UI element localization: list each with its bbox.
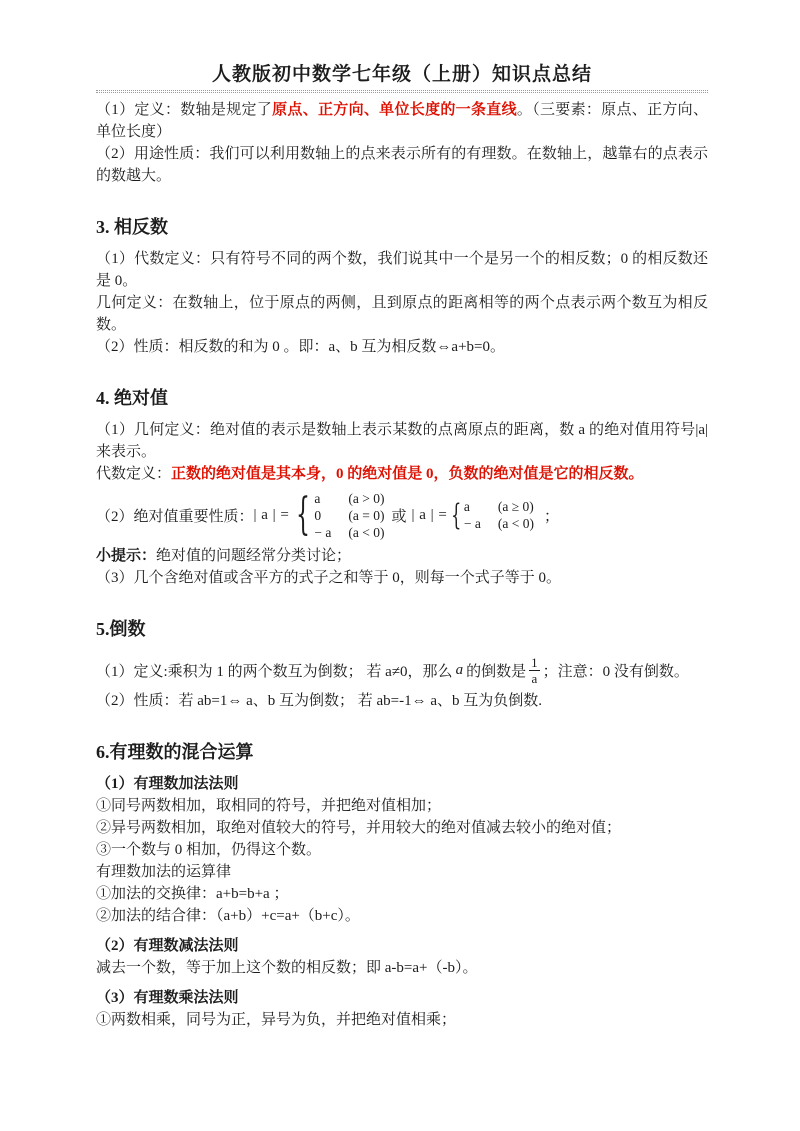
- section-heading-absolute-value: 4. 绝对值: [96, 386, 708, 410]
- list-item-associative-law: ②加法的结合律：（a+b）+c=a+（b+c）。: [96, 905, 708, 927]
- section-heading-opposite-numbers: 3. 相反数: [96, 215, 708, 239]
- document-page: 人教版初中数学七年级（上册）知识点总结 （1）定义：数轴是规定了原点、正方向、单…: [0, 0, 800, 1131]
- text-run: 代数定义：: [96, 466, 171, 482]
- list-item-commutative-law: ①加法的交换律：a+b=b+a ；: [96, 883, 708, 905]
- text-run: 或: [392, 505, 407, 526]
- paragraph-reciprocal-property: （2）性质：若 ab=1⇔ a、b 互为倒数； 若 ab=-1⇔ a、b 互为负…: [96, 690, 708, 712]
- fraction-numerator: 1: [529, 655, 540, 671]
- text-run: ；: [544, 505, 559, 526]
- piecewise-cases-three: a(a > 0) 0(a = 0) − a(a < 0): [314, 490, 384, 541]
- case-row: − a(a < 0): [314, 524, 384, 541]
- case-row: a(a ≥ 0): [464, 498, 534, 515]
- paragraph-opposite-geometry-def: 几何定义：在数轴上，位于原点的两侧，且到原点的距离相等的两个点表示两个数互为相反…: [96, 292, 708, 336]
- piecewise-cases-two: a(a ≥ 0) − a(a < 0): [464, 498, 534, 532]
- paragraph-opposite-property: （2）性质：相反数的和为 0 。即：a、b 互为相反数⇔a+b=0。: [96, 336, 708, 358]
- case-value: a: [314, 490, 348, 507]
- paragraph-abs-tip: 小提示：绝对值的问题经常分类讨论；: [96, 545, 708, 567]
- case-value: − a: [464, 515, 498, 532]
- list-item-addition-2: ②异号两数相加，取绝对值较大的符号，并用较大的绝对值减去较小的绝对值；: [96, 817, 708, 839]
- paragraph-numberline-property: （2）用途性质：我们可以利用数轴上的点来表示所有的有理数。在数轴上，越靠右的点表…: [96, 143, 708, 187]
- text-run: 的倒数是: [466, 660, 526, 681]
- subheading-subtraction-rule: （2）有理数减法法则: [96, 935, 708, 957]
- section-heading-reciprocal: 5.倒数: [96, 617, 708, 641]
- case-row: a(a > 0): [314, 490, 384, 507]
- abs-value-piecewise-formula: （2）绝对值重要性质： | a | = { a(a > 0) 0(a = 0) …: [96, 486, 708, 544]
- list-item-addition-1: ①同号两数相加，取相同的符号，并把绝对值相加；: [96, 795, 708, 817]
- case-condition: (a = 0): [348, 507, 384, 524]
- case-condition: (a < 0): [498, 515, 534, 532]
- fraction-denominator: a: [531, 671, 537, 686]
- paragraph-abs-algebra-def: 代数定义：正数的绝对值是其本身，0 的绝对值是 0，负数的绝对值是它的相反数。: [96, 463, 708, 485]
- case-condition: (a > 0): [348, 490, 384, 507]
- page-title: 人教版初中数学七年级（上册）知识点总结: [96, 62, 708, 88]
- subheading-multiplication-rule: （3）有理数乘法法则: [96, 987, 708, 1009]
- paragraph-reciprocal-definition: （1）定义:乘积为 1 的两个数互为倒数； 若 a≠0，那么 a 的倒数是 1 …: [96, 650, 708, 690]
- paragraph-multiplication-rule: ①两数相乘，同号为正，异号为负，并把绝对值相乘；: [96, 1009, 708, 1031]
- math-lhs: | a | =: [254, 507, 290, 524]
- case-row: 0(a = 0): [314, 507, 384, 524]
- case-value: 0: [314, 507, 348, 524]
- text-run: （1）定义:乘积为 1 的两个数互为倒数； 若 a≠0，那么: [96, 660, 453, 681]
- paragraph-addition-laws-title: 有理数加法的运算律: [96, 861, 708, 883]
- text-run-red: 原点、正方向、单位长度的一条直线: [272, 102, 517, 118]
- text-run-red: 正数的绝对值是其本身，0 的绝对值是 0，负数的绝对值是它的相反数。: [171, 466, 644, 482]
- text-run: （2）绝对值重要性质：: [96, 505, 254, 526]
- math-variable-a: a: [456, 662, 464, 679]
- title-divider: [96, 90, 708, 93]
- section-heading-mixed-operations: 6.有理数的混合运算: [96, 740, 708, 764]
- text-run-bold: 小提示：: [96, 548, 156, 564]
- paragraph-opposite-algebra-def: （1）代数定义：只有符号不同的两个数，我们说其中一个是另一个的相反数；0 的相反…: [96, 248, 708, 292]
- paragraph-subtraction-rule: 减去一个数，等于加上这个数的相反数；即 a-b=a+（-b）。: [96, 957, 708, 979]
- subheading-addition-rule: （1）有理数加法法则: [96, 773, 708, 795]
- text-run: 绝对值的问题经常分类讨论；: [156, 548, 351, 564]
- fraction-one-over-a: 1 a: [529, 655, 540, 686]
- paragraph-abs-geometry-def: （1）几何定义：绝对值的表示是数轴上表示某数的点离原点的距离，数 a 的绝对值用…: [96, 419, 708, 463]
- text-run: （1）定义：数轴是规定了: [96, 102, 272, 118]
- list-item-addition-3: ③一个数与 0 相加，仍得这个数。: [96, 839, 708, 861]
- case-condition: (a ≥ 0): [498, 498, 534, 515]
- math-lhs: | a | =: [412, 507, 448, 524]
- paragraph-numberline-definition: （1）定义：数轴是规定了原点、正方向、单位长度的一条直线。（三要素：原点、正方向…: [96, 99, 708, 143]
- paragraph-abs-sum-zero: （3）几个含绝对值或含平方的式子之和等于 0，则每一个式子等于 0。: [96, 567, 708, 589]
- text-run: ；注意：0 没有倒数。: [543, 660, 689, 681]
- case-row: − a(a < 0): [464, 515, 534, 532]
- case-value: − a: [314, 524, 348, 541]
- case-value: a: [464, 498, 498, 515]
- case-condition: (a < 0): [348, 524, 384, 541]
